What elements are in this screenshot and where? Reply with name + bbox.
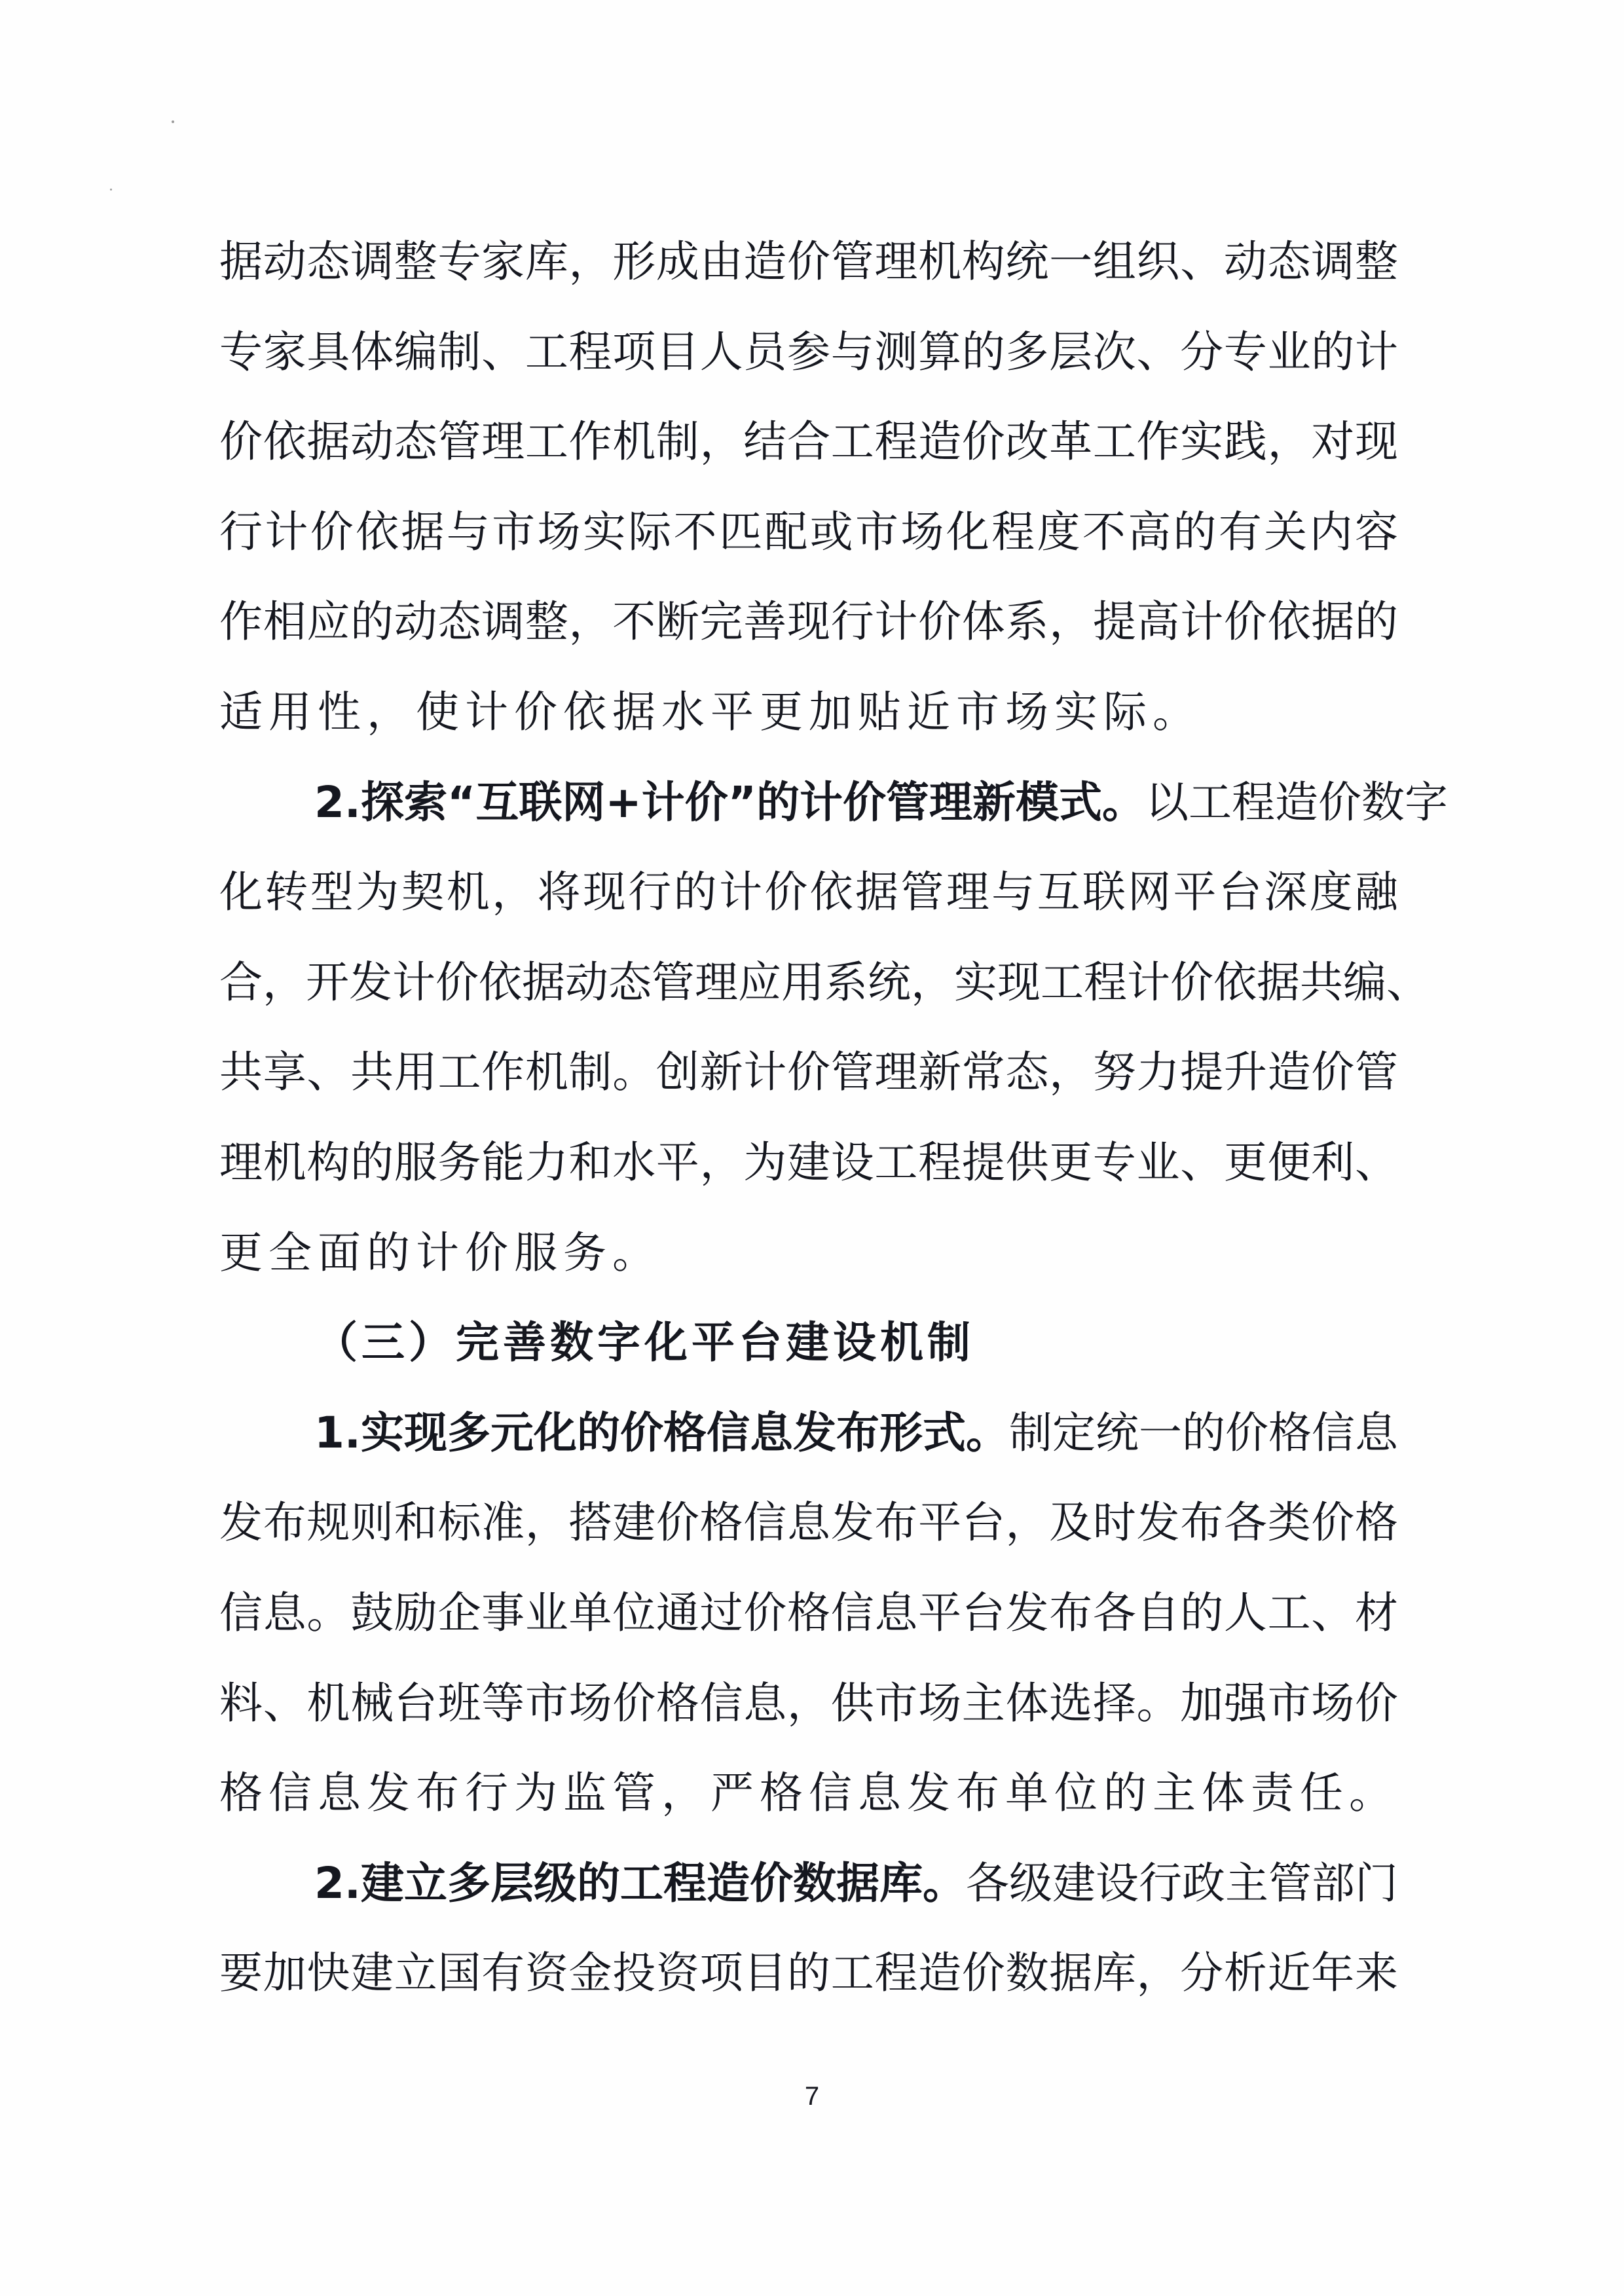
paragraph-line: 理机构的服务能力和水平，为建设工程提供更专业、更便利、 <box>219 1137 1398 1189</box>
paragraph-line: 料、机械台班等市场价格信息，供市场主体选择。加强市场价 <box>219 1677 1398 1730</box>
scan-speck <box>110 189 112 191</box>
paragraph-text: 以工程造价数字 <box>1145 777 1448 828</box>
paragraph-line: 化转型为契机，将现行的计价依据管理与互联网平台深度融 <box>219 866 1398 919</box>
paragraph-line: 发布规则和标准，搭建价格信息发布平台，及时发布各类价格 <box>219 1497 1398 1549</box>
document-page: 据动态调整专家库，形成由造价管理机构统一组织、动态调整 专家具体编制、工程项目人… <box>0 0 1624 2296</box>
page-number: 7 <box>796 2082 828 2111</box>
subsection-line: 2.建立多层级的工程造价数据库。各级建设行政主管部门 <box>314 1857 1398 1910</box>
paragraph-line: 适用性，使计价依据水平更加贴近市场实际。 <box>219 686 1398 738</box>
paragraph-text: 制定统一的价格信息 <box>1009 1408 1398 1458</box>
paragraph-line: 专家具体编制、工程项目人员参与测算的多层次、分专业的计 <box>219 326 1398 378</box>
paragraph-line: 作相应的动态调整，不断完善现行计价体系，提高计价依据的 <box>219 596 1398 648</box>
subsection-title: 2.探索“互联网+计价”的计价管理新模式。 <box>314 777 1145 828</box>
paragraph-line: 行计价依据与市场实际不匹配或市场化程度不高的有关内容 <box>219 506 1398 558</box>
subsection-title: 2.建立多层级的工程造价数据库。 <box>314 1858 966 1908</box>
subsection-title: 1.实现多元化的价格信息发布形式。 <box>314 1408 1009 1458</box>
paragraph-line: 更全面的计价服务。 <box>219 1227 1398 1279</box>
scan-speck <box>172 120 174 123</box>
paragraph-line: 要加快建立国有资金投资项目的工程造价数据库，分析近年来 <box>219 1947 1398 1999</box>
section-heading: （三）完善数字化平台建设机制 <box>314 1317 1398 1369</box>
subsection-line: 1.实现多元化的价格信息发布形式。制定统一的价格信息 <box>314 1407 1398 1459</box>
paragraph-text: 各级建设行政主管部门 <box>966 1858 1398 1908</box>
paragraph-line: 信息。鼓励企事业单位通过价格信息平台发布各自的人工、材 <box>219 1587 1398 1639</box>
paragraph-line: 价依据动态管理工作机制，结合工程造价改革工作实践，对现 <box>219 416 1398 468</box>
paragraph-line: 共享、共用工作机制。创新计价管理新常态，努力提升造价管 <box>219 1046 1398 1099</box>
subsection-line: 2.探索“互联网+计价”的计价管理新模式。以工程造价数字 <box>314 776 1398 829</box>
paragraph-line: 合，开发计价依据动态管理应用系统，实现工程计价依据共编、 <box>219 957 1398 1009</box>
paragraph-line: 格信息发布行为监管，严格信息发布单位的主体责任。 <box>219 1767 1398 1819</box>
paragraph-line: 据动态调整专家库，形成由造价管理机构统一组织、动态调整 <box>219 236 1398 288</box>
